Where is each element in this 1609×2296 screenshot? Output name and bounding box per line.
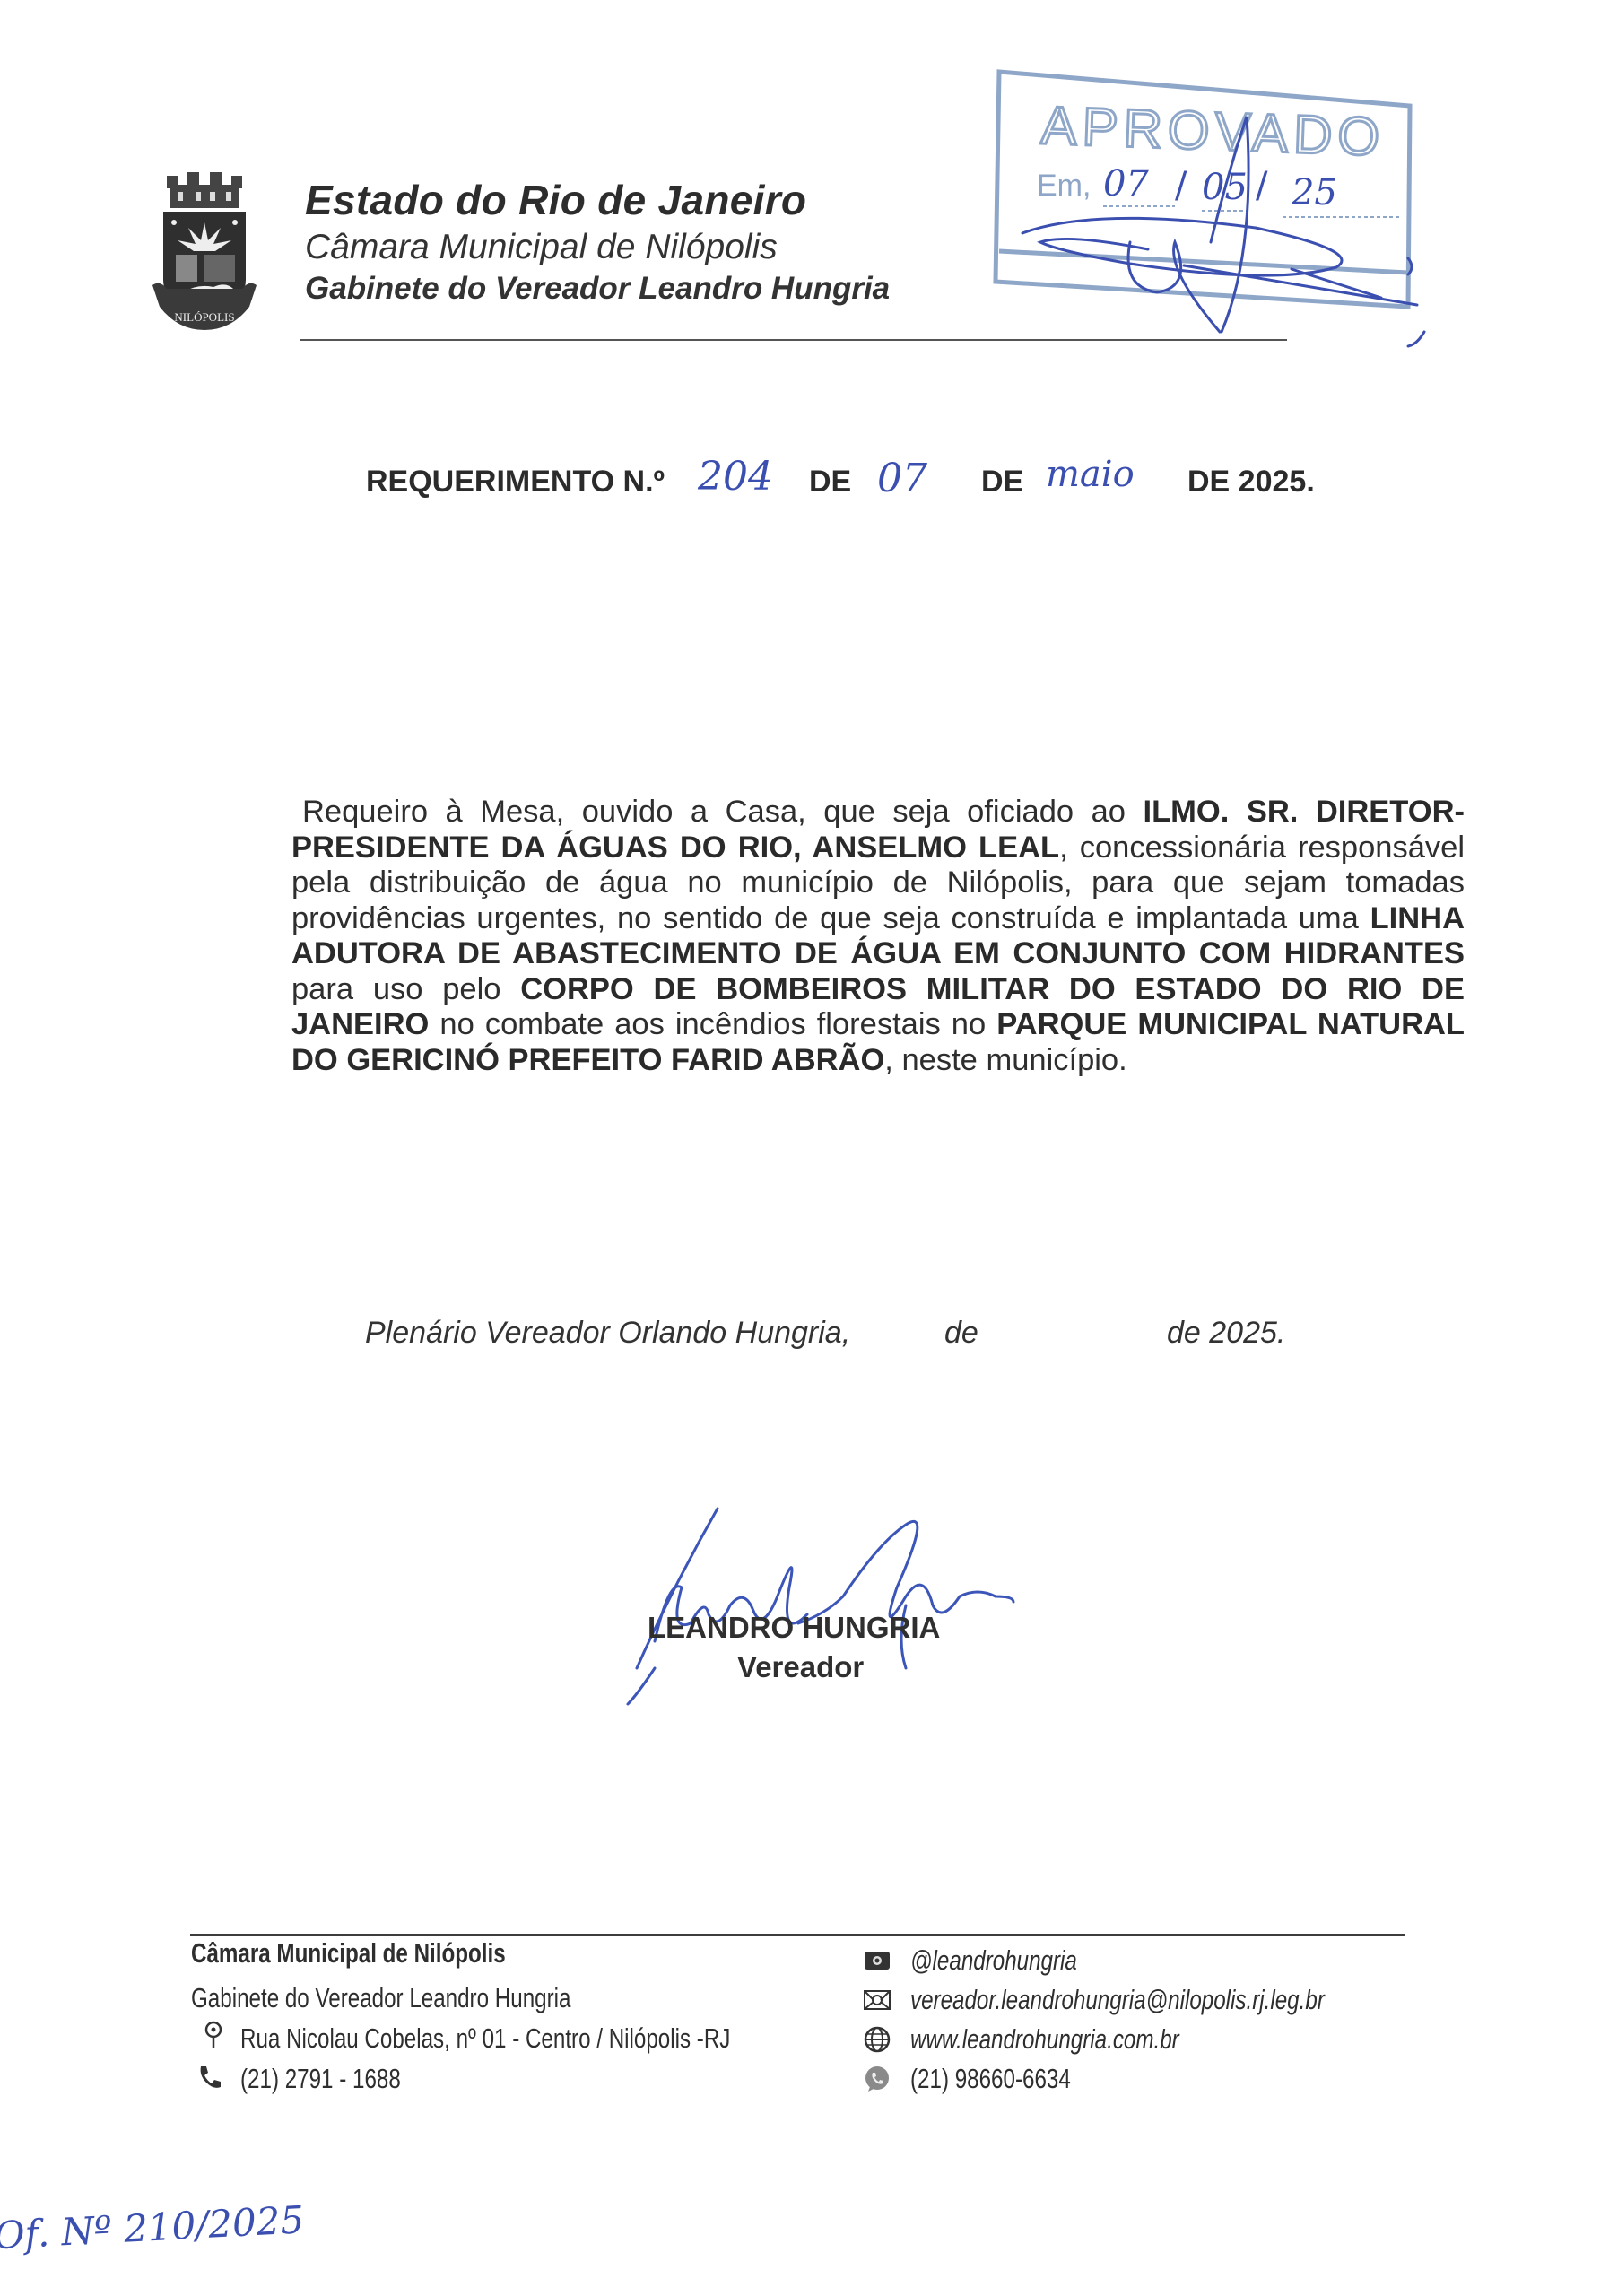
body-text: Requeiro à Mesa, ouvido a Casa, que seja…	[302, 795, 1144, 829]
requerimento-label: REQUERIMENTO N.º	[366, 465, 665, 500]
header-office: Gabinete do Vereador Leandro Hungria	[305, 271, 890, 307]
instagram-camera-icon	[863, 1946, 891, 1975]
whatsapp-icon	[863, 2065, 891, 2093]
header-chamber: Câmara Municipal de Nilópolis	[305, 228, 778, 267]
globe-icon	[863, 2025, 891, 2054]
header-state: Estado do Rio de Janeiro	[305, 176, 806, 224]
svg-text:APROVADO: APROVADO	[1040, 95, 1387, 167]
footer-chamber: Câmara Municipal de Nilópolis	[191, 1937, 506, 1970]
body-text: para uso pelo	[291, 972, 520, 1006]
svg-text:NILÓPOLIS: NILÓPOLIS	[174, 310, 234, 324]
body-text: no combate aos incêndios florestais no	[429, 1007, 996, 1041]
approval-stamp: APROVADO Em, 07 / 05 / 25	[987, 63, 1435, 350]
footer-address: Rua Nicolau Cobelas, nº 01 - Centro / Ni…	[240, 2022, 730, 2055]
svg-text:Em,: Em,	[1037, 169, 1091, 203]
request-body: Requeiro à Mesa, ouvido a Casa, que seja…	[291, 795, 1465, 1078]
requerimento-number: 204	[698, 454, 773, 500]
closing-de: de	[944, 1316, 978, 1351]
phone-icon	[196, 2063, 224, 2092]
footer-phone: (21) 2791 - 1688	[240, 2063, 401, 2095]
svg-text:/: /	[1175, 165, 1187, 206]
svg-text:25: 25	[1291, 172, 1337, 213]
requerimento-month: maio	[1046, 454, 1135, 495]
closing-place: Plenário Vereador Orlando Hungria,	[365, 1316, 850, 1351]
svg-text:07: 07	[1103, 163, 1149, 204]
municipal-coat-of-arms-icon: NILÓPOLIS	[151, 172, 258, 334]
footer-website[interactable]: www.leandrohungria.com.br	[910, 2023, 1179, 2056]
email-envelope-icon	[863, 1986, 891, 2014]
title-de-2: DE	[981, 465, 1023, 500]
footer-email[interactable]: vereador.leandrohungria@nilopolis.rj.leg…	[910, 1984, 1325, 2016]
footer-instagram[interactable]: @leandrohungria	[910, 1944, 1077, 1977]
footer-divider	[190, 1934, 1405, 1936]
svg-text:Of. Nº 210/2025: Of. Nº 210/2025	[0, 2197, 305, 2257]
svg-text:/: /	[1256, 165, 1268, 206]
signer-name: LEANDRO HUNGRIA	[648, 1611, 940, 1645]
handwritten-oficio-note: Of. Nº 210/2025	[0, 2193, 377, 2274]
title-de-1: DE	[809, 465, 851, 500]
closing-year: de 2025.	[1167, 1316, 1285, 1351]
signer-role: Vereador	[737, 1650, 864, 1684]
requerimento-year: DE 2025.	[1187, 465, 1315, 500]
requerimento-day: 07	[877, 456, 927, 501]
body-text: , neste município.	[884, 1043, 1126, 1077]
footer-whatsapp[interactable]: (21) 98660-6634	[910, 2063, 1071, 2095]
footer-office: Gabinete do Vereador Leandro Hungria	[191, 1982, 570, 2014]
location-pin-icon	[199, 2020, 228, 2048]
